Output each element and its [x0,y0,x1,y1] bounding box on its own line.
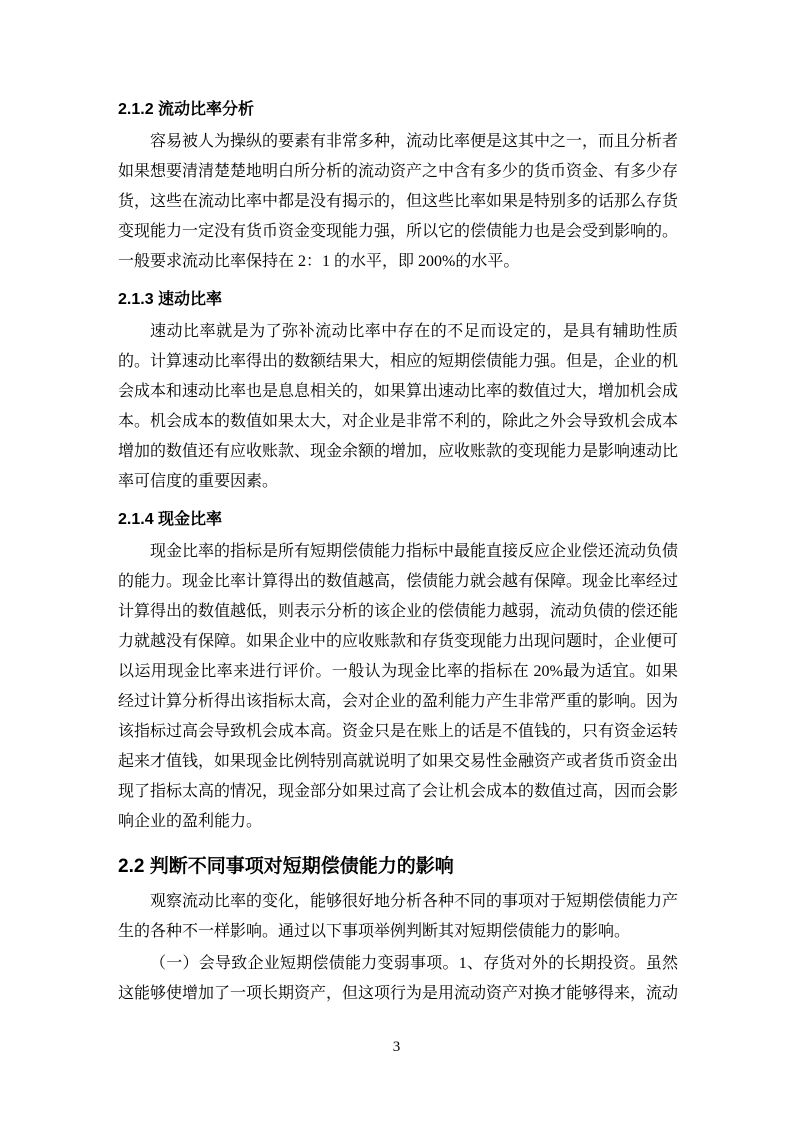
paragraph-liquidity-ratio-analysis: 容易被人为操纵的要素有非常多种，流动比率便是这其中之一，而且分析者如果想要清清楚… [118,127,678,277]
paragraph-quick-ratio: 速动比率就是为了弥补流动比率中存在的不足而设定的，是具有辅助性质的。计算速动比率… [118,317,678,497]
section-heading-2-2: 2.2 判断不同事项对短期偿债能力的影响 [118,849,678,885]
page-number: 3 [0,1038,793,1056]
page-content: 2.1.2 流动比率分析 容易被人为操纵的要素有非常多种，流动比率便是这其中之一… [118,95,678,1009]
paragraph-weakening-items: （一）会导致企业短期偿债能力变弱事项。1、存货对外的长期投资。虽然这能够使增加了… [118,949,678,1009]
paragraph-judgment-intro: 观察流动比率的变化，能够很好地分析各种不同的事项对于短期偿债能力产生的各种不一样… [118,887,678,947]
section-heading-2-1-2: 2.1.2 流动比率分析 [118,95,678,125]
document-page: 2.1.2 流动比率分析 容易被人为操纵的要素有非常多种，流动比率便是这其中之一… [0,0,793,1122]
section-heading-2-1-3: 2.1.3 速动比率 [118,285,678,315]
paragraph-cash-ratio: 现金比率的指标是所有短期偿债能力指标中最能直接反应企业偿还流动负债的能力。现金比… [118,537,678,837]
section-heading-2-1-4: 2.1.4 现金比率 [118,505,678,535]
